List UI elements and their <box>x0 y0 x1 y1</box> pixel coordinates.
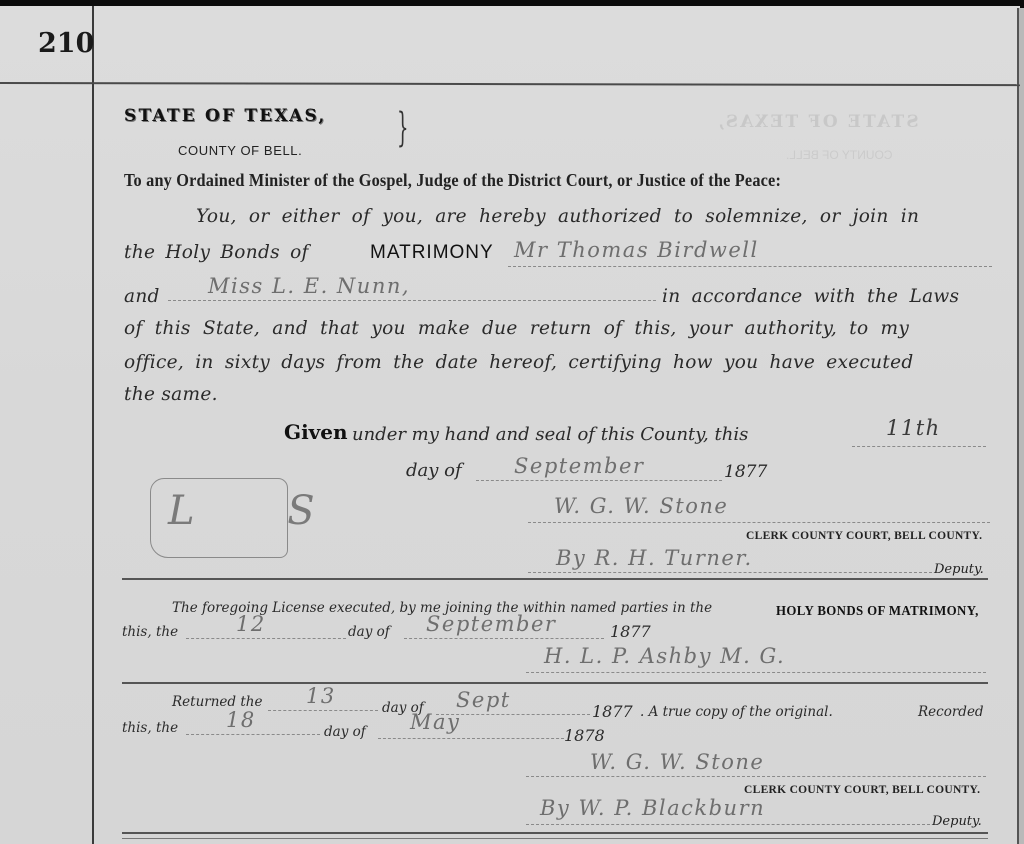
given-month-line <box>476 480 722 481</box>
recorded-month: May <box>410 710 460 734</box>
true-copy-text: . A true copy of the original. <box>640 704 833 720</box>
deputy-signature-line <box>528 572 932 573</box>
license-line-2-prefix: the Holy Bonds of <box>124 242 309 263</box>
execution-day: 12 <box>236 612 266 636</box>
recording-deputy-signature-line <box>526 824 930 825</box>
license-line-3-suffix: in accordance with the Laws <box>662 286 959 307</box>
return-year: 1877 <box>592 702 633 721</box>
execution-year: 1877 <box>610 622 651 641</box>
given-word: Given <box>284 420 348 444</box>
license-line-6: the same. <box>124 384 218 405</box>
execution-day-of-label: day of <box>348 624 390 640</box>
return-day-line <box>268 710 378 711</box>
execution-month-line <box>404 638 604 639</box>
and-label: and <box>124 286 160 307</box>
section-rule-2 <box>122 682 988 684</box>
given-day-line <box>852 446 986 447</box>
clerk-signature-line <box>528 522 990 523</box>
given-day: 11th <box>886 416 941 440</box>
bride-field-line <box>168 300 656 301</box>
recorded-this-the: this, the <box>122 720 178 736</box>
recording-clerk-title: CLERK COUNTY COURT, BELL COUNTY. <box>744 784 980 796</box>
recording-clerk-signature: W. G. W. Stone <box>590 750 764 774</box>
license-line-5: office, in sixty days from the date here… <box>124 352 914 373</box>
matrimony-word: MATRIMONY <box>370 242 494 264</box>
officiant-signature-line <box>526 672 986 673</box>
brace-glyph: } <box>397 108 408 148</box>
page-number: 210 <box>38 28 94 59</box>
page-binding-shadow <box>1019 8 1024 844</box>
section-rule-3 <box>122 832 988 834</box>
officiant-signature: H. L. P. Ashby M. G. <box>544 644 785 668</box>
deputy-signature: By R. H. Turner. <box>556 546 753 570</box>
county-heading: COUNTY OF BELL. <box>178 143 302 158</box>
recorded-day-of-label: day of <box>324 724 366 740</box>
section-rule-4 <box>122 838 988 839</box>
bleed-through-county: COUNTY OF BELL. <box>786 148 892 162</box>
given-text: under my hand and seal of this County, t… <box>352 424 748 445</box>
clerk-signature: W. G. W. Stone <box>554 494 728 518</box>
license-line-1: You, or either of you, are hereby author… <box>196 206 919 227</box>
execution-day-line <box>186 638 346 639</box>
seal-locus-sigilli: L S <box>168 488 355 534</box>
recording-deputy-label: Deputy. <box>932 814 982 829</box>
given-year: 1877 <box>724 462 767 482</box>
holy-bonds-heading: HOLY BONDS OF MATRIMONY, <box>776 604 979 620</box>
addressee-line: To any Ordained Minister of the Gospel, … <box>124 170 781 191</box>
recorded-day-line <box>186 734 320 735</box>
given-day-of-label: day of <box>406 460 462 481</box>
margin-rule <box>92 6 94 844</box>
clerk-title: CLERK COUNTY COURT, BELL COUNTY. <box>746 530 982 542</box>
bride-name: Miss L. E. Nunn, <box>208 274 410 298</box>
recorded-year: 1878 <box>564 726 605 745</box>
deputy-label: Deputy. <box>934 562 984 577</box>
recording-deputy-signature: By W. P. Blackburn <box>540 796 765 820</box>
recorded-day: 18 <box>226 708 256 732</box>
execution-this-the: this, the <box>122 624 178 640</box>
license-line-4: of this State, and that you make due ret… <box>124 318 909 339</box>
given-month: September <box>514 454 644 478</box>
groom-field-line <box>508 266 992 267</box>
bleed-through-heading: STATE OF TEXAS, <box>716 112 919 132</box>
recorded-label: Recorded <box>918 704 984 720</box>
state-heading: STATE OF TEXAS, <box>124 106 327 126</box>
recording-clerk-signature-line <box>526 776 986 777</box>
execution-month: September <box>426 612 556 636</box>
return-day: 13 <box>306 684 336 708</box>
recorded-month-line <box>378 738 564 739</box>
return-month: Sept <box>456 688 511 712</box>
groom-name: Mr Thomas Birdwell <box>514 238 759 262</box>
section-rule-1 <box>122 578 988 580</box>
